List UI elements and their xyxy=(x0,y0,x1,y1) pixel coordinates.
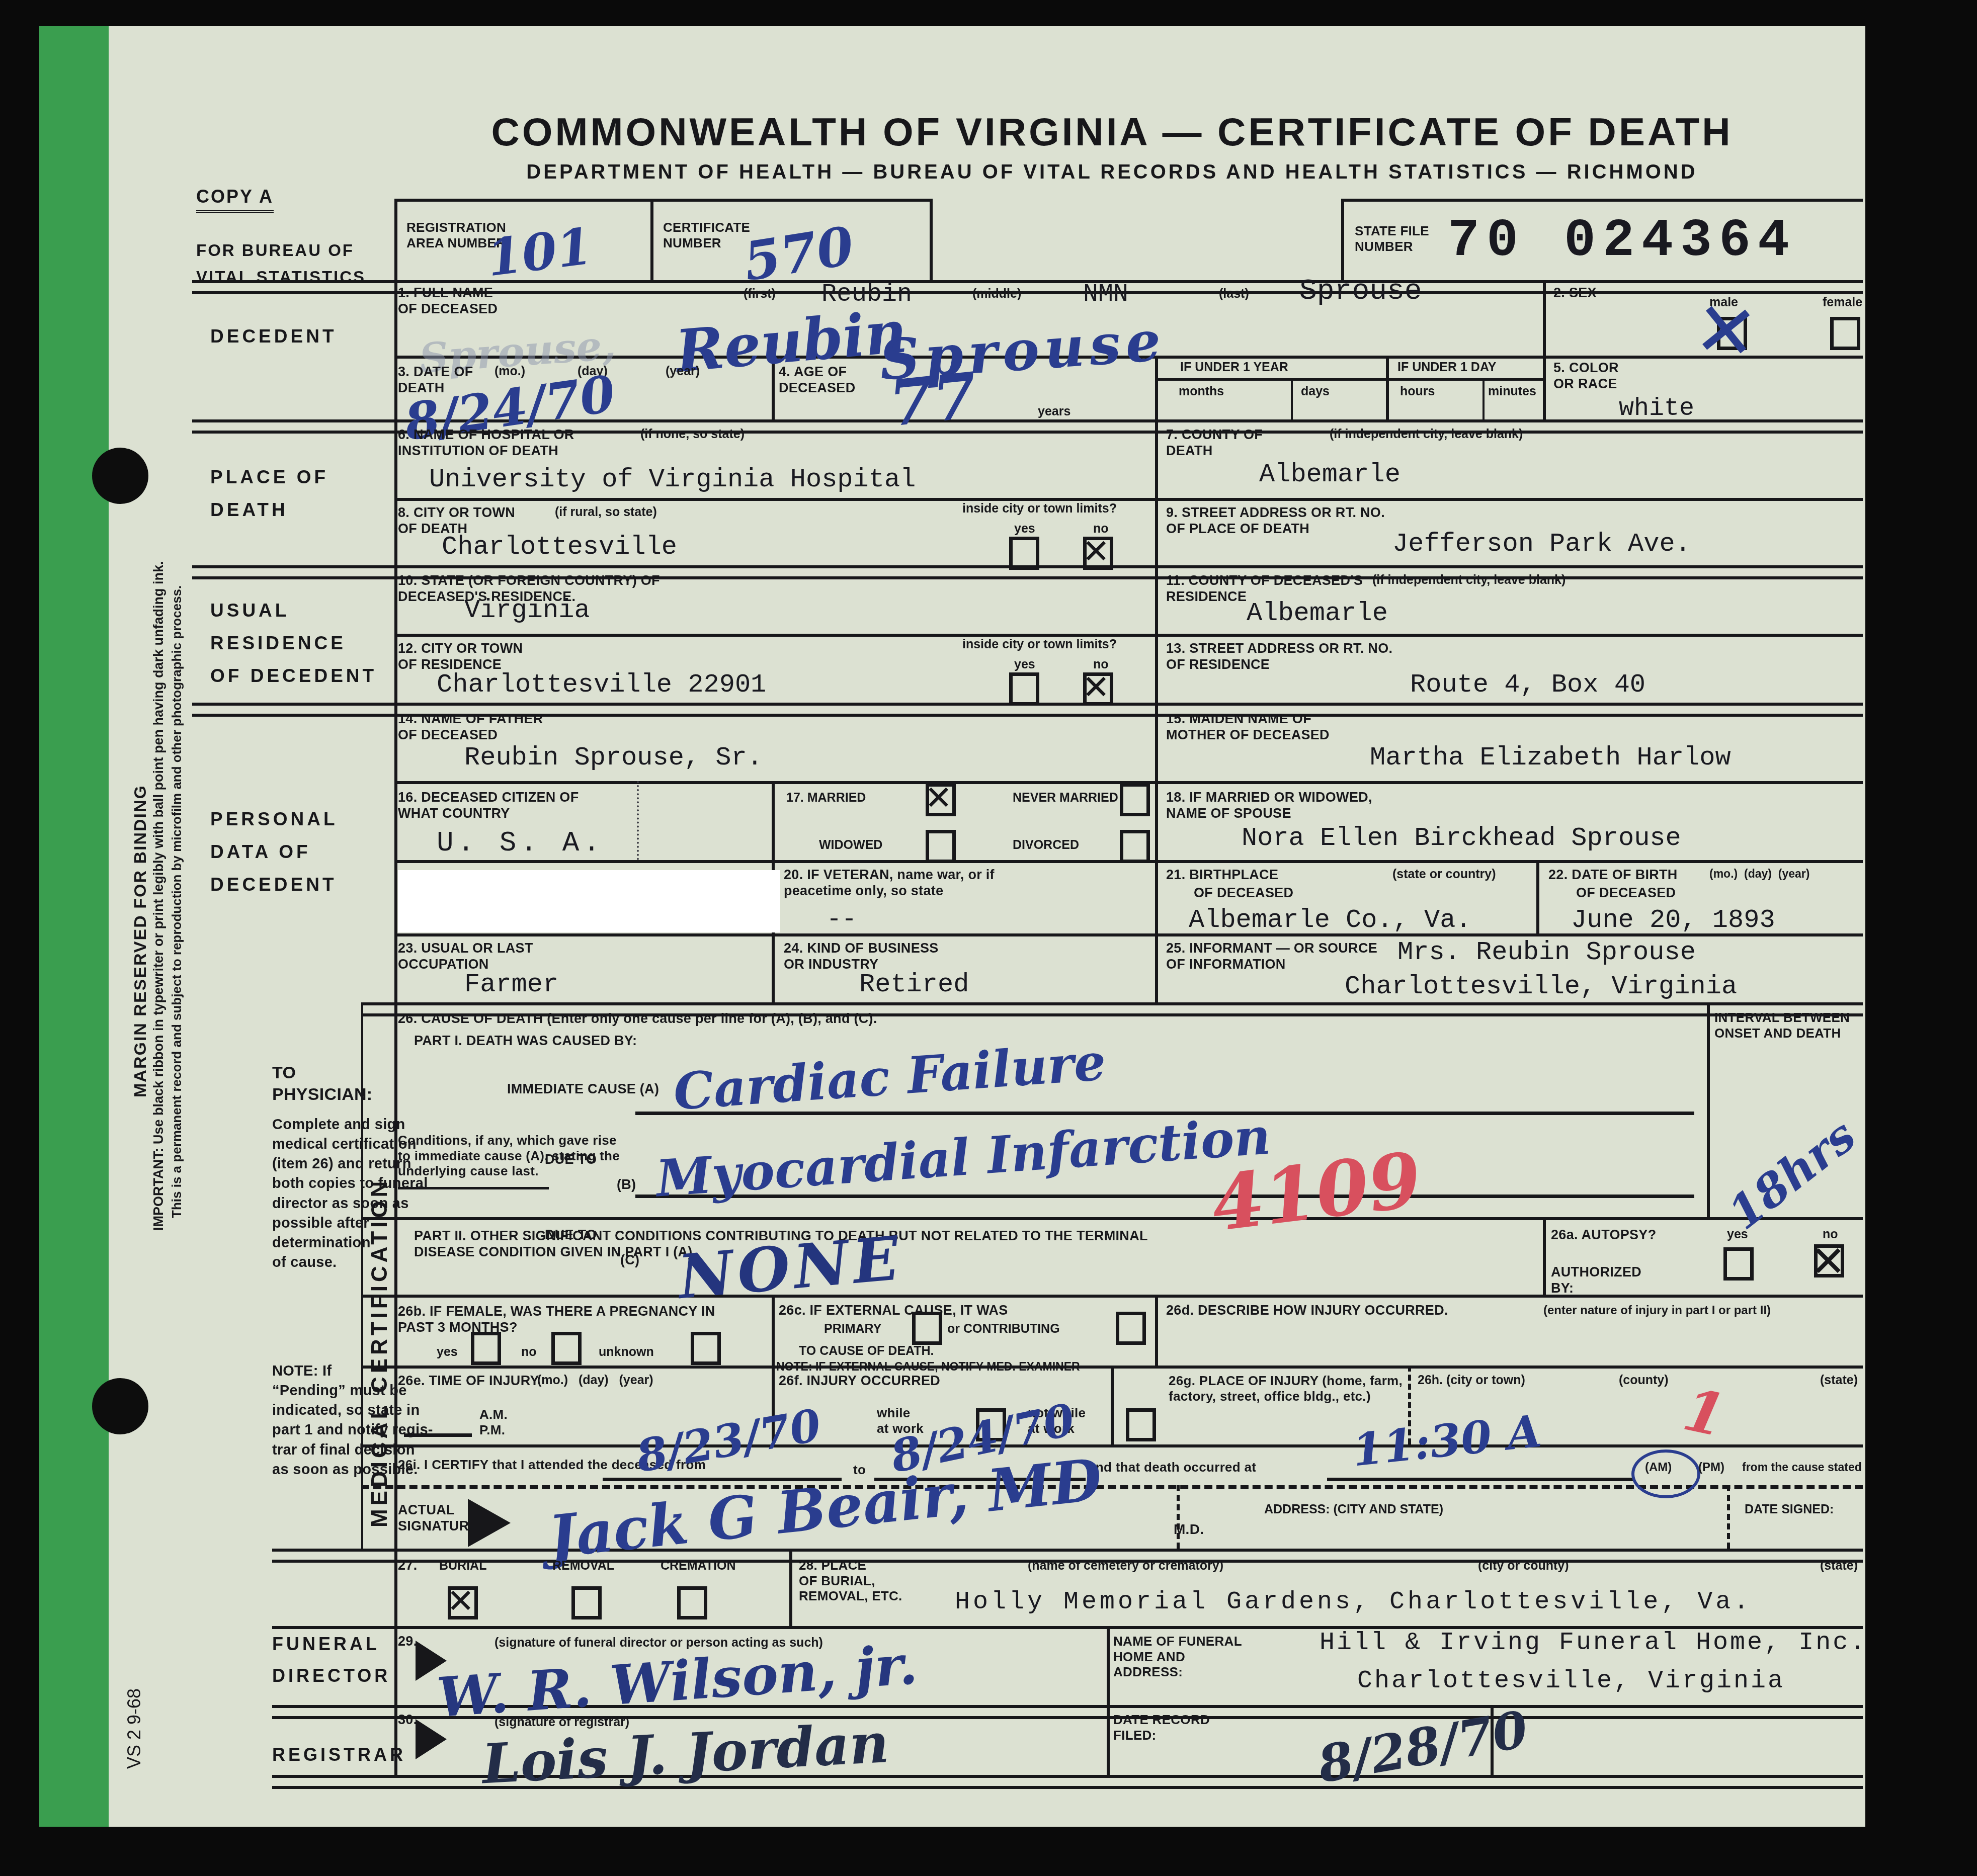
occupation-value: Farmer xyxy=(464,970,558,999)
injury-city-caption: 26h. (city or town) xyxy=(1418,1373,1525,1388)
date-signed-label: DATE SIGNED: xyxy=(1745,1502,1834,1517)
street-residence-label: 13. STREET ADDRESS OR RT. NO. OF RESIDEN… xyxy=(1166,641,1392,673)
married-caption: 17. MARRIED xyxy=(786,791,866,805)
not-while-at-work-checkbox xyxy=(1126,1408,1156,1441)
occupation-label: 23. USUAL OR LAST OCCUPATION xyxy=(398,941,533,973)
pm-caption: (PM) xyxy=(1698,1461,1724,1475)
pregnancy-no-checkbox xyxy=(551,1332,582,1365)
line xyxy=(1543,1217,1546,1295)
line xyxy=(1155,933,1158,1002)
limits-label: inside city or town limits? xyxy=(962,501,1117,516)
hole-punch-icon xyxy=(92,1378,148,1434)
cremation-caption: CREMATION xyxy=(661,1559,736,1573)
state-file-label: STATE FILE NUMBER xyxy=(1355,223,1429,254)
middle-caption: (middle) xyxy=(972,287,1021,301)
section-place-of-death: PLACE OF DEATH xyxy=(210,461,328,527)
time-of-injury-caps: (mo.) (day) (year) xyxy=(537,1373,653,1388)
hospital-note: (if none, so state) xyxy=(640,427,745,442)
funeral-home-value-2: Charlottesville, Virginia xyxy=(1357,1667,1785,1695)
pregnancy-no-caption: no xyxy=(521,1345,537,1359)
divorced-caption: DIVORCED xyxy=(1013,838,1079,852)
page-subtitle: DEPARTMENT OF HEALTH — BUREAU OF VITAL R… xyxy=(361,161,1863,184)
county-residence-value: Albemarle xyxy=(1247,599,1388,628)
birthplace-value: Albemarle Co., Va. xyxy=(1189,905,1471,935)
citizen-label: 16. DECEASED CITIZEN OF WHAT COUNTRY xyxy=(398,790,579,822)
line xyxy=(394,498,1863,501)
arrow-icon xyxy=(416,1719,447,1759)
red-mark-county: 1 xyxy=(1678,1376,1731,1451)
veteran-value: -- xyxy=(827,905,857,934)
line xyxy=(361,1002,363,1549)
section-registrar: REGISTRAR xyxy=(272,1739,406,1770)
place-of-injury-label: 26g. PLACE OF INJURY (home, farm, factor… xyxy=(1169,1373,1403,1404)
veteran-label: 20. IF VETERAN, name war, or if peacetim… xyxy=(784,867,995,899)
county-death-note: (if independent city, leave blank) xyxy=(1330,427,1523,442)
county-residence-note: (if independent city, leave blank) xyxy=(1372,573,1566,587)
line xyxy=(1155,703,1158,781)
line xyxy=(1291,378,1293,419)
injury-occurred-where-label: 26f. INJURY OCCURRED xyxy=(779,1373,940,1389)
mother-label: 15. MAIDEN NAME OF MOTHER OF DECEASED xyxy=(1166,711,1330,743)
pregnancy-yes-checkbox xyxy=(471,1332,501,1365)
father-label: 14. NAME OF FATHER OF DECEASED xyxy=(398,711,543,743)
cause-of-death-label: 26. CAUSE OF DEATH (Enter only one cause… xyxy=(398,1011,877,1027)
line xyxy=(1707,1002,1710,1217)
limits-yes-caption: yes xyxy=(1014,522,1035,536)
autopsy-no-checkbox-checked xyxy=(1814,1244,1844,1277)
middle-name-value: NMN xyxy=(1083,280,1128,309)
burial-caption: BURIAL xyxy=(439,1559,486,1573)
death-time-value: 11:30 A xyxy=(1350,1405,1544,1477)
informant-label: 25. INFORMANT — OR SOURCE OF INFORMATION xyxy=(1166,941,1377,973)
md-caption: M.D. xyxy=(1174,1521,1204,1538)
external-cause-label: 26c. IF EXTERNAL CAUSE, IT WAS xyxy=(779,1303,1008,1319)
item-27-number: 27. xyxy=(398,1558,417,1574)
section-personal-data: PERSONAL DATA OF DECEDENT xyxy=(210,803,338,901)
street-death-label: 9. STREET ADDRESS OR RT. NO. OF PLACE OF… xyxy=(1166,505,1385,537)
item-29-number: 29. xyxy=(398,1634,417,1650)
female-checkbox xyxy=(1830,317,1860,350)
line xyxy=(789,1549,792,1626)
limits-label-2: inside city or town limits? xyxy=(962,637,1117,652)
certificate-number-label: CERTIFICATE NUMBER xyxy=(663,220,750,250)
state-caption: (state) xyxy=(1820,1559,1858,1573)
arrow-icon xyxy=(468,1499,511,1547)
copy-label: COPY A xyxy=(196,186,274,213)
city-death-note: (if rural, so state) xyxy=(555,505,657,520)
father-value: Reubin Sprouse, Sr. xyxy=(464,743,763,773)
informant-value-2: Charlottesville, Virginia xyxy=(1345,972,1737,1001)
city-death-value: Charlottesville xyxy=(442,532,677,562)
married-checkbox-checked xyxy=(926,783,956,816)
widowed-checkbox xyxy=(926,830,956,863)
pregnancy-unknown-checkbox xyxy=(691,1332,721,1365)
line xyxy=(394,199,930,202)
to-cause-caption: TO CAUSE OF DEATH. xyxy=(799,1344,934,1358)
county-death-label: 7. COUNTY OF DEATH xyxy=(1166,427,1263,459)
cemetery-caption: (name of cemetery or crematory) xyxy=(1028,1559,1223,1573)
conditions-note: Conditions, if any, which gave rise to i… xyxy=(398,1133,620,1179)
line xyxy=(361,1444,1863,1447)
birthplace-note: (state or country) xyxy=(1392,867,1496,882)
state-residence-value: Virginia xyxy=(464,595,590,625)
last-name-value: Sprouse xyxy=(1299,275,1422,308)
county-death-value: Albemarle xyxy=(1259,460,1401,489)
line xyxy=(404,1433,472,1437)
cause-a-value: Cardiac Failure xyxy=(672,1032,1108,1122)
line xyxy=(1155,565,1158,703)
first-caption: (first) xyxy=(744,287,776,301)
line xyxy=(772,933,775,1002)
last-caption: (last) xyxy=(1219,287,1249,301)
burial-checkbox-checked xyxy=(448,1586,478,1619)
age-label: 4. AGE OF DECEASED xyxy=(779,364,855,396)
external-cause-note: NOTE: IF EXTERNAL CAUSE, NOTIFY MED. EXA… xyxy=(776,1360,1080,1374)
interval-value: 18hrs xyxy=(1718,1108,1865,1240)
date-record-filed-label: DATE RECORD FILED: xyxy=(1113,1712,1210,1743)
never-married-caption: NEVER MARRIED xyxy=(1013,791,1118,805)
contributing-checkbox xyxy=(1116,1312,1146,1345)
dob-label: 22. DATE OF BIRTH xyxy=(1548,867,1678,883)
line xyxy=(1543,280,1546,356)
primary-caption: PRIMARY xyxy=(824,1322,881,1336)
pregnancy-label: 26b. IF FEMALE, WAS THERE A PREGNANCY IN… xyxy=(398,1304,715,1336)
line xyxy=(1107,1705,1110,1775)
sex-label: 2. SEX xyxy=(1553,285,1597,301)
city-county-caption: (city or county) xyxy=(1478,1559,1569,1573)
actual-signature-label: ACTUAL SIGNATURE xyxy=(398,1502,478,1534)
citizen-value: U. S. A. xyxy=(437,827,604,859)
line xyxy=(1177,1485,1180,1549)
pregnancy-unknown-caption: unknown xyxy=(599,1345,654,1359)
cremation-checkbox xyxy=(677,1586,707,1619)
place-of-burial-label: 28. PLACE OF BURIAL, REMOVAL, ETC. xyxy=(799,1558,902,1604)
line xyxy=(1386,356,1389,419)
line xyxy=(1155,378,1543,381)
removal-checkbox xyxy=(571,1586,602,1619)
line xyxy=(1341,199,1344,283)
limits-yes-checkbox xyxy=(1009,537,1039,570)
under-1-day-label: IF UNDER 1 DAY xyxy=(1397,360,1496,375)
limits-no-checkbox-2-checked xyxy=(1083,672,1113,706)
injury-occurred-note: (enter nature of injury in part I or par… xyxy=(1543,1304,1771,1318)
am-pm-label: A.M. P.M. xyxy=(479,1407,508,1437)
spouse-value: Nora Ellen Birckhead Sprouse xyxy=(1242,823,1681,853)
line xyxy=(772,1295,775,1366)
line xyxy=(930,199,933,283)
line xyxy=(1536,860,1539,933)
hospital-label: 6. NAME OF HOSPITAL OR INSTITUTION OF DE… xyxy=(398,427,574,459)
injury-county-caption: (county) xyxy=(1619,1373,1669,1388)
male-pen-x-mark: ✕ xyxy=(1690,285,1762,378)
birthplace-sub: OF DECEASED xyxy=(1194,885,1293,901)
color-race-label: 5. COLOR OR RACE xyxy=(1553,360,1619,392)
dob-value: June 20, 1893 xyxy=(1571,905,1775,935)
registration-area-value: 101 xyxy=(484,216,596,288)
margin-permanent-note: This is a permanent record and subject t… xyxy=(169,585,185,1218)
autopsy-label: 26a. AUTOPSY? xyxy=(1551,1227,1656,1243)
primary-checkbox xyxy=(912,1312,942,1345)
line xyxy=(1327,1478,1634,1481)
time-of-injury-label: 26e. TIME OF INJURY xyxy=(398,1373,539,1389)
line xyxy=(1155,781,1158,933)
injury-state-caption: (state) xyxy=(1820,1373,1858,1388)
page-title: COMMONWEALTH OF VIRGINIA — CERTIFICATE O… xyxy=(361,109,1863,155)
item-30-number: 30. xyxy=(398,1712,417,1728)
line xyxy=(650,199,653,283)
form-number: VS 2 9-68 xyxy=(124,1688,145,1769)
line xyxy=(394,199,397,283)
section-decedent: DECEDENT xyxy=(210,320,337,353)
line xyxy=(398,1187,549,1189)
line xyxy=(1107,1626,1110,1705)
hours-caption: hours xyxy=(1400,384,1435,399)
line xyxy=(1727,1485,1730,1549)
certify-tail: from the cause stated above xyxy=(1742,1461,1865,1474)
contributing-caption: or CONTRIBUTING xyxy=(947,1322,1060,1336)
funeral-home-label: NAME OF FUNERAL HOME AND ADDRESS: xyxy=(1113,1634,1242,1680)
limits-yes-caption-2: yes xyxy=(1014,657,1035,672)
line xyxy=(1543,356,1546,419)
informant-value-1: Mrs. Reubin Sprouse xyxy=(1397,937,1696,967)
line xyxy=(637,781,639,860)
funeral-home-value-1: Hill & Irving Funeral Home, Inc. xyxy=(1320,1629,1865,1657)
certificate-paper: MARGIN RESERVED FOR BINDING IMPORTANT: U… xyxy=(39,26,1865,1827)
street-residence-value: Route 4, Box 40 xyxy=(1410,670,1645,700)
place-of-burial-value: Holly Memorial Gardens, Charlottesville,… xyxy=(955,1588,1752,1616)
cause-b-caption: (B) xyxy=(617,1177,636,1193)
business-label: 24. KIND OF BUSINESS OR INDUSTRY xyxy=(784,941,939,973)
year-caption: (year) xyxy=(666,364,700,379)
removal-caption: REMOVAL xyxy=(552,1559,614,1573)
widowed-caption: WIDOWED xyxy=(819,838,882,852)
state-file-value: 70 024364 xyxy=(1448,211,1796,271)
line xyxy=(1482,378,1485,419)
cause-b-value: Myocardial Infarction xyxy=(654,1106,1272,1208)
redaction-box xyxy=(398,870,780,932)
line xyxy=(1155,419,1158,565)
am-caption: (AM) xyxy=(1645,1461,1672,1475)
scan-background: { "header": { "title": "COMMONWEALTH OF … xyxy=(0,0,1977,1876)
limits-no-checkbox-checked xyxy=(1083,537,1113,570)
divorced-checkbox xyxy=(1120,830,1150,863)
part1-label: PART I. DEATH WAS CAUSED BY: xyxy=(414,1033,637,1049)
months-caption: months xyxy=(1179,384,1224,399)
mother-value: Martha Elizabeth Harlow xyxy=(1370,743,1731,773)
never-married-checkbox xyxy=(1120,783,1150,816)
street-death-value: Jefferson Park Ave. xyxy=(1392,529,1691,559)
line xyxy=(361,1217,1863,1220)
interval-label: INTERVAL BETWEEN ONSET AND DEATH xyxy=(1714,1010,1850,1041)
line xyxy=(1341,199,1863,202)
years-caption: years xyxy=(1038,404,1070,419)
city-residence-value: Charlottesville 22901 xyxy=(437,670,766,700)
color-race-value: white xyxy=(1619,394,1694,423)
birthplace-label: 21. BIRTHPLACE xyxy=(1166,867,1278,883)
injury-occurred-label: 26d. DESCRIBE HOW INJURY OCCURRED. xyxy=(1166,1303,1448,1319)
dob-sub: OF DECEASED xyxy=(1576,885,1676,901)
city-residence-label: 12. CITY OR TOWN OF RESIDENCE xyxy=(398,641,523,673)
female-caption: female xyxy=(1823,295,1862,310)
pregnancy-yes-caption: yes xyxy=(437,1345,458,1359)
line xyxy=(1111,1366,1114,1444)
margin-binding-label: MARGIN RESERVED FOR BINDING xyxy=(131,785,150,1097)
under-1-year-label: IF UNDER 1 YEAR xyxy=(1180,360,1288,375)
binding-stripe xyxy=(39,26,109,1827)
immediate-cause-label: IMMEDIATE CAUSE (A) xyxy=(507,1081,659,1097)
spouse-label: 18. IF MARRIED OR WIDOWED, NAME OF SPOUS… xyxy=(1166,790,1372,822)
minutes-caption: minutes xyxy=(1488,384,1536,399)
business-value: Retired xyxy=(859,970,969,999)
certify-mid: and that death occurred at xyxy=(1088,1460,1256,1475)
section-funeral-director: FUNERAL DIRECTOR xyxy=(272,1628,390,1691)
hole-punch-icon xyxy=(92,448,148,504)
limits-yes-checkbox-2 xyxy=(1009,672,1039,706)
attended-from-value: 8/23/70 xyxy=(632,1399,825,1483)
age-value: 77 xyxy=(886,359,980,441)
line xyxy=(394,634,1863,637)
to-physician-title: TO PHYSICIAN: xyxy=(272,1062,372,1105)
authorized-by-label: AUTHORIZED BY: xyxy=(1551,1264,1641,1297)
full-name-label: 1. FULL NAME OF DECEASED xyxy=(398,285,498,317)
section-usual-residence: USUAL RESIDENCE OF DECEDENT xyxy=(210,594,377,692)
hospital-value: University of Virginia Hospital xyxy=(429,465,916,494)
address-city-state-label: ADDRESS: (CITY AND STATE) xyxy=(1264,1502,1443,1517)
line xyxy=(394,280,397,1775)
days-caption: days xyxy=(1301,384,1330,399)
dob-note: (mo.) (day) (year) xyxy=(1709,867,1809,881)
autopsy-yes-checkbox xyxy=(1723,1247,1754,1281)
autopsy-yes-caption: yes xyxy=(1727,1227,1748,1242)
margin-important-note: IMPORTANT: Use black ribbon in typewrite… xyxy=(151,561,167,1231)
line xyxy=(1155,1295,1158,1366)
